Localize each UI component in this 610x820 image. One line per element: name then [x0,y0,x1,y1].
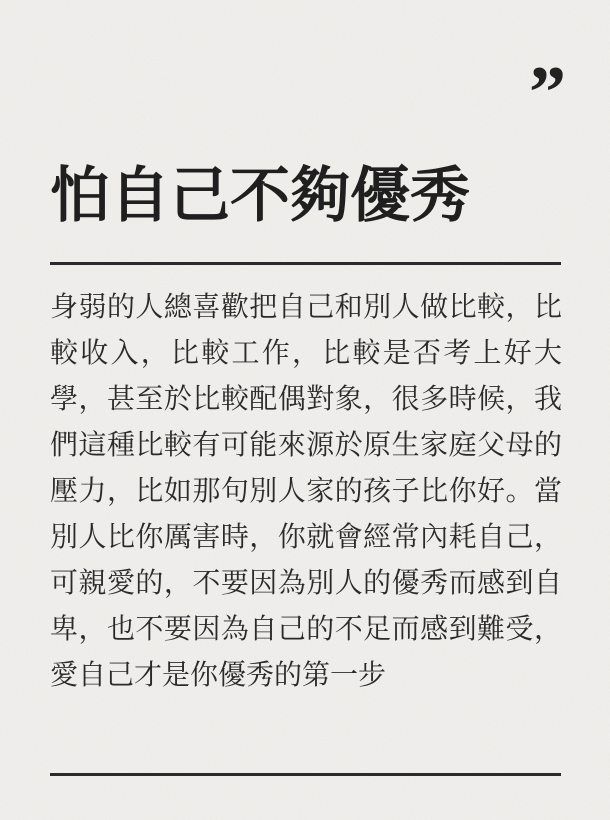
body-line: 身弱的人總喜歡把自己和別人做比較，比 [50,285,562,331]
body-line: 壓力，比如那句別人家的孩子比你好。當 [50,469,562,515]
body-line: 可親愛的，不要因為別人的優秀而感到自 [50,561,562,607]
bottom-divider [50,773,561,776]
body-line: 別人比你厲害時，你就會經常內耗自己， [50,515,562,561]
body-line: 學，甚至於比較配偶對象，很多時候，我 [50,377,562,423]
body-line: 較收入，比較工作，比較是否考上好大 [50,331,562,377]
body-line: 愛自己才是你優秀的第一步 [50,653,562,699]
body-text: 身弱的人總喜歡把自己和別人做比較，比較收入，比較工作，比較是否考上好大學，甚至於… [50,285,562,699]
quote-card: ” 怕自己不夠優秀 身弱的人總喜歡把自己和別人做比較，比較收入，比較工作，比較是… [0,0,610,820]
title-divider [50,262,561,265]
body-line: 們這種比較有可能來源於原生家庭父母的 [50,423,562,469]
body-line: 卑，也不要因為自己的不足而感到難受， [50,607,562,653]
closing-quote-icon: ” [529,56,564,130]
page-title: 怕自己不夠優秀 [50,163,561,230]
